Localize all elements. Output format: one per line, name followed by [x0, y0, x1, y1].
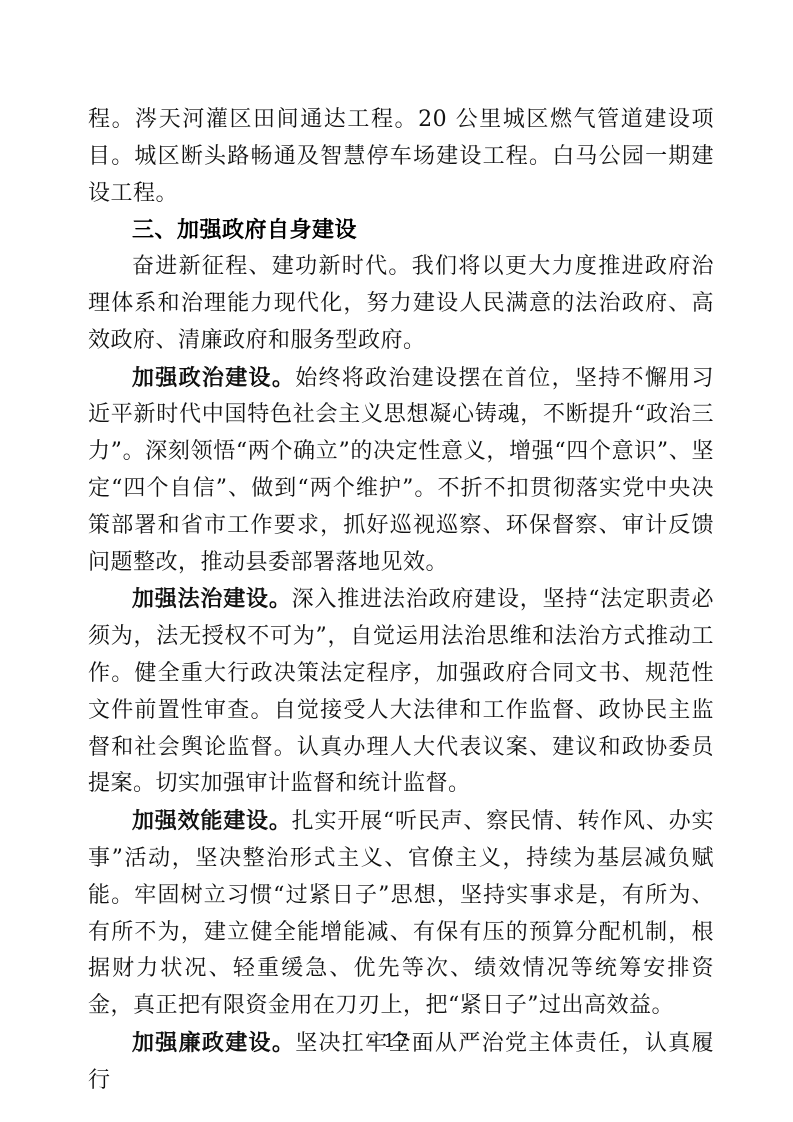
- section-heading: 三、加强政府自身建设: [88, 212, 714, 249]
- document-body: 程。涔天河灌区田间通达工程。20 公里城区燃气管道建设项目。城区断头路畅通及智慧…: [88, 102, 714, 1100]
- paragraph: 加强效能建设。扎实开展“听民声、察民情、转作风、办实事”活动，坚决整治形式主义、…: [88, 803, 714, 1025]
- paragraph-continuation: 程。涔天河灌区田间通达工程。20 公里城区燃气管道建设项目。城区断头路畅通及智慧…: [88, 102, 714, 212]
- paragraph: 奋进新征程、建功新时代。我们将以更大力度推进政府治理体系和治理能力现代化，努力建…: [88, 249, 714, 359]
- page-number: - 17 -: [0, 1030, 793, 1052]
- paragraph-text: 奋进新征程、建功新时代。我们将以更大力度推进政府治理体系和治理能力现代化，努力建…: [88, 254, 714, 353]
- paragraph-text: 始终将政治建设摆在首位，坚持不懈用习近平新时代中国特色社会主义思想凝心铸魂，不断…: [88, 366, 714, 575]
- paragraph-text: 程。涔天河灌区田间通达工程。20 公里城区燃气管道建设项目。城区断头路畅通及智慧…: [88, 107, 714, 206]
- paragraph-text: 扎实开展“听民声、察民情、转作风、办实事”活动，坚决整治形式主义、官僚主义，持续…: [88, 809, 714, 1018]
- paragraph: 加强法治建设。深入推进法治政府建设，坚持“法定职责必须为，法无授权不可为”，自觉…: [88, 581, 714, 803]
- document-page: 程。涔天河灌区田间通达工程。20 公里城区燃气管道建设项目。城区断头路畅通及智慧…: [0, 0, 793, 1122]
- paragraph-lead: 加强政治建设。: [132, 365, 295, 391]
- paragraph-text: 深入推进法治政府建设，坚持“法定职责必须为，法无授权不可为”，自觉运用法治思维和…: [88, 587, 714, 796]
- paragraph-lead: 加强法治建设。: [132, 586, 292, 612]
- paragraph-lead: 加强效能建设。: [132, 808, 292, 834]
- paragraph: 加强政治建设。始终将政治建设摆在首位，坚持不懈用习近平新时代中国特色社会主义思想…: [88, 360, 714, 582]
